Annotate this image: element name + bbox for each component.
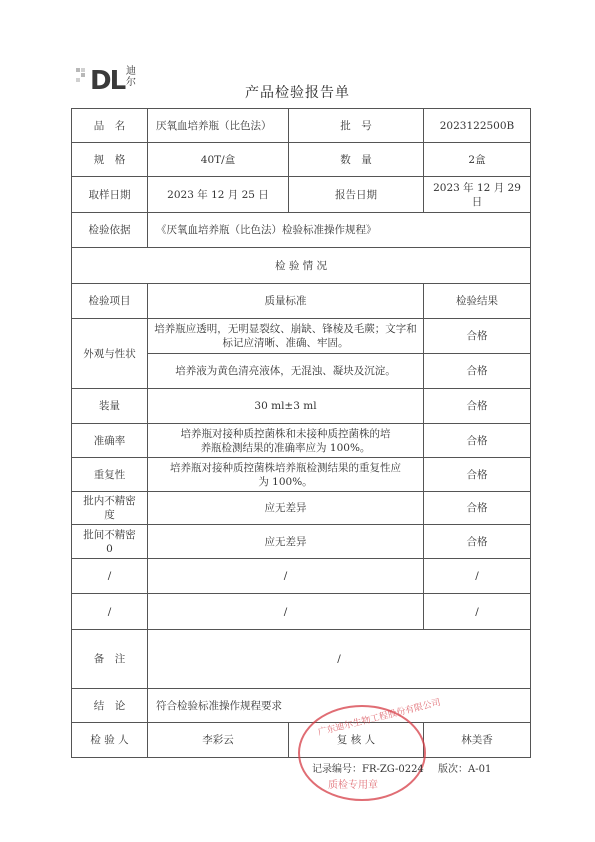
item-cell: 批内不精密度 bbox=[72, 492, 148, 525]
basis-label: 检验依据 bbox=[72, 213, 148, 248]
standard-cell: 培养瓶对接种质控菌株和未接种质控菌株的培养瓶检测结果的准确率应为 100%。 bbox=[148, 424, 424, 458]
standard-cell: 培养液为黄色清亮液体，无混浊、凝块及沉淀。 bbox=[148, 354, 424, 389]
item-cell: / bbox=[72, 594, 148, 630]
result-cell: 合格 bbox=[424, 389, 531, 424]
item-cell: 装量 bbox=[72, 389, 148, 424]
conclusion-value: 符合检验标准操作规程要求 bbox=[148, 689, 531, 723]
result-cell: 合格 bbox=[424, 319, 531, 354]
result-cell: 合格 bbox=[424, 424, 531, 458]
item-cell: 批间不精密0 bbox=[72, 525, 148, 559]
conclusion-label: 结 论 bbox=[72, 689, 148, 723]
remarks-label: 备 注 bbox=[72, 630, 148, 689]
logo-pixel bbox=[81, 73, 85, 77]
logo-pixel bbox=[76, 68, 80, 72]
col-header-item: 检验项目 bbox=[72, 284, 148, 319]
product-name-value: 厌氧血培养瓶（比色法） bbox=[148, 109, 289, 143]
result-cell: 合格 bbox=[424, 458, 531, 492]
info-row-basis: 检验依据 《厌氧血培养瓶（比色法）检验标准操作规程》 bbox=[72, 213, 531, 248]
table-row: 批内不精密度 应无差异 合格 bbox=[72, 492, 531, 525]
standard-cell: 培养瓶对接种质控菌株培养瓶检测结果的重复性应为 100%。 bbox=[148, 458, 424, 492]
spec-label: 规 格 bbox=[72, 143, 148, 177]
remarks-row: 备 注 / bbox=[72, 630, 531, 689]
basis-value: 《厌氧血培养瓶（比色法）检验标准操作规程》 bbox=[148, 213, 531, 248]
report-date-label: 报告日期 bbox=[289, 177, 424, 213]
item-cell: 准确率 bbox=[72, 424, 148, 458]
table-row: 装量 30 ml±3 ml 合格 bbox=[72, 389, 531, 424]
record-number: 记录编号：FR-ZG-0224 bbox=[312, 760, 424, 775]
reviewer-name: 林美香 bbox=[424, 723, 531, 758]
result-cell: 合格 bbox=[424, 492, 531, 525]
sample-date-label: 取样日期 bbox=[72, 177, 148, 213]
col-header-result: 检验结果 bbox=[424, 284, 531, 319]
version-number: 版次：A-01 bbox=[438, 760, 491, 775]
section-row: 检 验 情 况 bbox=[72, 248, 531, 284]
table-row: / / / bbox=[72, 594, 531, 630]
result-cell: 合格 bbox=[424, 354, 531, 389]
item-cell: 重复性 bbox=[72, 458, 148, 492]
standard-cell: / bbox=[148, 559, 424, 594]
page-title: 产品检验报告单 bbox=[0, 82, 595, 102]
quantity-value: 2盒 bbox=[424, 143, 531, 177]
section-title: 检 验 情 况 bbox=[72, 248, 531, 284]
standard-cell: 培养瓶应透明，无明显裂纹、崩缺、锋棱及毛蕨；文字和标记应清晰、准确、牢固。 bbox=[148, 319, 424, 354]
spec-value: 40T/盒 bbox=[148, 143, 289, 177]
column-header-row: 检验项目 质量标准 检验结果 bbox=[72, 284, 531, 319]
batch-value: 2023122500B bbox=[424, 109, 531, 143]
table-row: / / / bbox=[72, 559, 531, 594]
stamp-bottom-text: 质检专用章 bbox=[328, 776, 378, 791]
sample-date-value: 2023 年 12 月 25 日 bbox=[148, 177, 289, 213]
inspection-report-table: 品 名 厌氧血培养瓶（比色法） 批 号 2023122500B 规 格 40T/… bbox=[71, 108, 531, 758]
table-row: 准确率 培养瓶对接种质控菌株和未接种质控菌株的培养瓶检测结果的准确率应为 100… bbox=[72, 424, 531, 458]
logo-pixel bbox=[81, 68, 85, 72]
table-row: 重复性 培养瓶对接种质控菌株培养瓶检测结果的重复性应为 100%。 合格 bbox=[72, 458, 531, 492]
item-cell: 外观与性状 bbox=[72, 319, 148, 389]
item-cell: / bbox=[72, 559, 148, 594]
table-row: 外观与性状 培养瓶应透明，无明显裂纹、崩缺、锋棱及毛蕨；文字和标记应清晰、准确、… bbox=[72, 319, 531, 354]
quantity-label: 数 量 bbox=[289, 143, 424, 177]
col-header-standard: 质量标准 bbox=[148, 284, 424, 319]
inspector-label: 检 验 人 bbox=[72, 723, 148, 758]
result-cell: / bbox=[424, 559, 531, 594]
info-row-product: 品 名 厌氧血培养瓶（比色法） 批 号 2023122500B bbox=[72, 109, 531, 143]
result-cell: 合格 bbox=[424, 525, 531, 559]
standard-cell: 应无差异 bbox=[148, 525, 424, 559]
standard-cell: 30 ml±3 ml bbox=[148, 389, 424, 424]
info-row-dates: 取样日期 2023 年 12 月 25 日 报告日期 2023 年 12 月 2… bbox=[72, 177, 531, 213]
conclusion-row: 结 论 符合检验标准操作规程要求 bbox=[72, 689, 531, 723]
info-row-spec: 规 格 40T/盒 数 量 2盒 bbox=[72, 143, 531, 177]
table-row: 批间不精密0 应无差异 合格 bbox=[72, 525, 531, 559]
logo-cn-line1: 迪 bbox=[126, 66, 136, 77]
standard-cell: / bbox=[148, 594, 424, 630]
signature-row: 检 验 人 李彩云 复 核 人 林美香 bbox=[72, 723, 531, 758]
remarks-value: / bbox=[148, 630, 531, 689]
product-name-label: 品 名 bbox=[72, 109, 148, 143]
inspector-name: 李彩云 bbox=[148, 723, 289, 758]
result-cell: / bbox=[424, 594, 531, 630]
batch-label: 批 号 bbox=[289, 109, 424, 143]
standard-cell: 应无差异 bbox=[148, 492, 424, 525]
report-date-value: 2023 年 12 月 29 日 bbox=[424, 177, 531, 213]
